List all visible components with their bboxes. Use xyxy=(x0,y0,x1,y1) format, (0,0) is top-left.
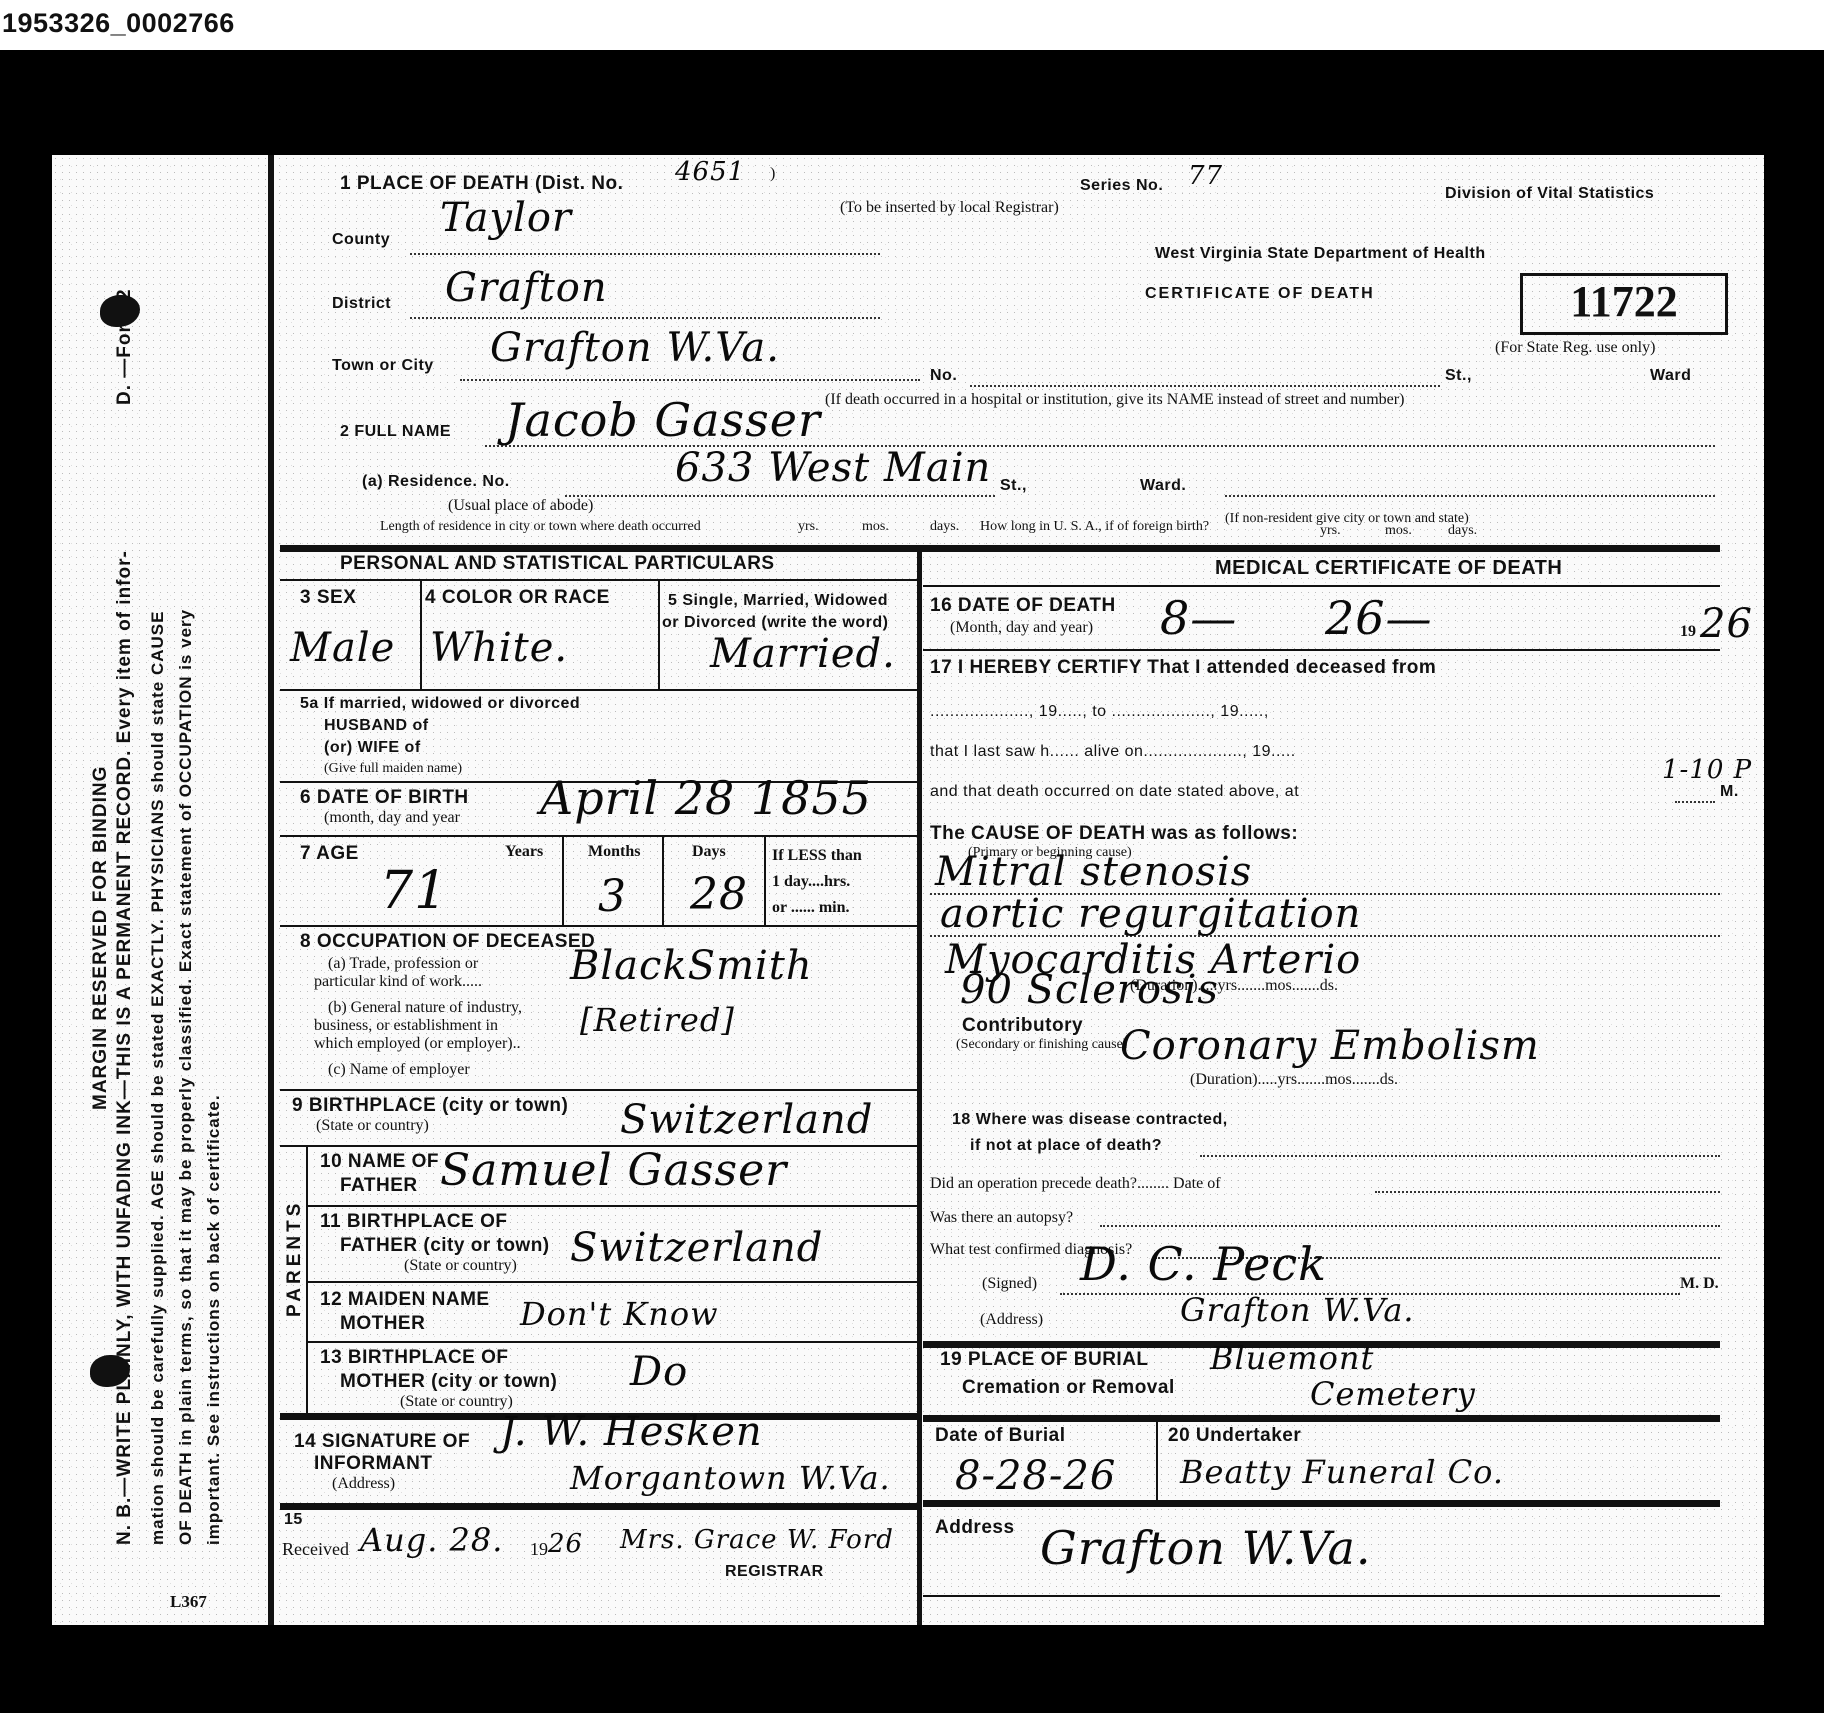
dob-value: April 28 1855 xyxy=(540,771,872,825)
sex-value: Male xyxy=(290,625,395,671)
father-name-value: Samuel Gasser xyxy=(440,1145,787,1196)
dod-label: 16 DATE OF DEATH xyxy=(930,595,1116,617)
informant-address-value: Morgantown W.Va. xyxy=(570,1459,891,1497)
cause-label: The CAUSE OF DEATH was as follows: xyxy=(930,823,1298,845)
usual-place-note: (Usual place of abode) xyxy=(448,497,593,515)
industry-value: [Retired] xyxy=(580,1001,735,1039)
department-title: West Virginia State Department of Health xyxy=(1155,245,1486,263)
cause-line-4: 90 Sclerosis xyxy=(960,967,1219,1013)
marital-label-1: 5 Single, Married, Widowed xyxy=(668,592,888,610)
sex-label: 3 SEX xyxy=(300,587,356,609)
personal-section-title: PERSONAL AND STATISTICAL PARTICULARS xyxy=(340,553,775,575)
spouse-label-1: 5a If married, widowed or divorced xyxy=(300,695,580,713)
registrar-label: REGISTRAR xyxy=(725,1563,824,1581)
less-than-2: 1 day....hrs. xyxy=(772,873,850,891)
margin-instruction-2: mation should be carefully supplied. AGE… xyxy=(148,611,168,1546)
certificate-number: 11722 xyxy=(1520,273,1728,335)
contributory-value: Coronary Embolism xyxy=(1120,1023,1540,1069)
county-value: Taylor xyxy=(440,195,572,241)
burial-place-line-2: Cemetery xyxy=(1310,1375,1476,1413)
informant-value: J. W. Hesken xyxy=(500,1409,763,1455)
dod-day-value: 26— xyxy=(1325,591,1433,645)
ward-label: Ward xyxy=(1650,367,1691,385)
physician-signature: D. C. Peck xyxy=(1080,1237,1327,1291)
dod-year-value: 26 xyxy=(1700,601,1753,647)
birthplace-label: 9 BIRTHPLACE (city or town) xyxy=(292,1095,568,1117)
district-label: District xyxy=(332,295,391,313)
contributory-label: Contributory xyxy=(962,1015,1083,1037)
mother-name-value: Don't Know xyxy=(520,1295,719,1333)
dob-sub-label: (month, day and year xyxy=(324,809,460,827)
hospital-note: (If death occurred in a hospital or inst… xyxy=(825,391,1404,409)
nonresident-note: (If non-resident give city or town and s… xyxy=(1225,511,1469,527)
marital-value: Married. xyxy=(710,631,896,677)
dod-month-value: 8— xyxy=(1160,591,1237,645)
death-time-value: 1-10 P xyxy=(1662,755,1752,785)
cause-line-1: Mitral stenosis xyxy=(935,849,1252,895)
marital-label-2: or Divorced (write the word) xyxy=(662,614,888,632)
street-no-label: No. xyxy=(930,367,957,385)
race-label: 4 COLOR OR RACE xyxy=(425,587,610,609)
burial-place-line-1: Bluemont xyxy=(1210,1339,1374,1377)
street-label: St., xyxy=(1445,367,1472,385)
certificate-title: CERTIFICATE OF DEATH xyxy=(1145,285,1375,303)
registrar-signature: Mrs. Grace W. Ford xyxy=(620,1525,894,1555)
occupation-value: BlackSmith xyxy=(570,943,813,989)
full-name-value: Jacob Gasser xyxy=(505,393,821,447)
occupation-label: 8 OCCUPATION OF DECEASED xyxy=(300,931,595,953)
margin-instruction-4: important. See instructions on back of c… xyxy=(204,1094,224,1545)
undertaker-value: Beatty Funeral Co. xyxy=(1180,1453,1504,1491)
town-value: Grafton W.Va. xyxy=(490,325,780,371)
race-value: White. xyxy=(430,625,568,671)
age-years-value: 71 xyxy=(380,861,448,921)
age-days-value: 28 xyxy=(690,869,748,920)
undertaker-address-value: Grafton W.Va. xyxy=(1040,1521,1372,1575)
residence-ward-label: Ward. xyxy=(1140,477,1186,495)
less-than-1: If LESS than xyxy=(772,847,862,865)
parents-label: PARENTS xyxy=(284,1200,306,1317)
months-label: Months xyxy=(588,843,640,861)
local-registrar-note: (To be inserted by local Registrar) xyxy=(840,199,1059,217)
spouse-label-3: (or) WIFE of xyxy=(324,739,421,757)
physician-address: Grafton W.Va. xyxy=(1180,1291,1415,1329)
spouse-label-2: HUSBAND of xyxy=(324,717,429,735)
residence-value: 633 West Main xyxy=(675,445,991,491)
district-number: 4651 xyxy=(675,157,745,187)
medical-section-title: MEDICAL CERTIFICATE OF DEATH xyxy=(1215,557,1562,580)
certify-statement: 17 I HEREBY CERTIFY That I attended dece… xyxy=(930,657,1436,679)
death-certificate: MARGIN RESERVED FOR BINDING N. B.—WRITE … xyxy=(52,155,1764,1625)
series-number: 77 xyxy=(1188,161,1223,191)
received-date-value: Aug. 28. xyxy=(360,1521,503,1559)
less-than-3: or ...... min. xyxy=(772,899,849,917)
how-long-usa-label: How long in U. S. A., if of foreign birt… xyxy=(980,519,1209,535)
margin-instruction-1: N. B.—WRITE PLAINLY, WITH UNFADING INK—T… xyxy=(114,550,136,1545)
days-label: Days xyxy=(692,843,726,861)
cause-line-2: aortic regurgitation xyxy=(940,891,1361,937)
residence-street-label: St., xyxy=(1000,477,1027,495)
received-year-value: 26 xyxy=(548,1529,583,1559)
father-birthplace-value: Switzerland xyxy=(570,1225,823,1271)
margin-reserved-text: MARGIN RESERVED FOR BINDING xyxy=(90,766,112,1110)
dob-label: 6 DATE OF BIRTH xyxy=(300,787,469,809)
town-label: Town or City xyxy=(332,357,434,375)
age-months-value: 3 xyxy=(598,871,627,922)
margin-instruction-3: OF DEATH in plain terms, so that it may … xyxy=(176,609,196,1545)
years-label: Years xyxy=(505,843,543,861)
full-name-label: 2 FULL NAME xyxy=(340,423,451,441)
length-residence-label: Length of residence in city or town wher… xyxy=(380,519,701,535)
county-label: County xyxy=(332,231,390,249)
birthplace-value: Switzerland xyxy=(620,1097,873,1143)
binding-margin: MARGIN RESERVED FOR BINDING N. B.—WRITE … xyxy=(52,155,274,1625)
burial-date-value: 8-28-26 xyxy=(955,1453,1116,1499)
age-label: 7 AGE xyxy=(300,843,359,865)
place-of-death-label: 1 PLACE OF DEATH (Dist. No. xyxy=(340,173,623,195)
residence-label: (a) Residence. No. xyxy=(362,473,510,491)
received-label: Received xyxy=(282,1539,349,1560)
mother-birthplace-value: Do xyxy=(630,1349,688,1395)
division-title: Division of Vital Statistics xyxy=(1445,185,1654,203)
series-label: Series No. xyxy=(1080,177,1163,195)
document-id: 1953326_0002766 xyxy=(2,8,235,39)
spouse-label-4: (Give full maiden name) xyxy=(324,761,462,777)
district-value: Grafton xyxy=(445,265,608,311)
state-reg-note: (For State Reg. use only) xyxy=(1495,339,1655,357)
form-code: L367 xyxy=(170,1592,207,1612)
certificate-body: 1 PLACE OF DEATH (Dist. No. 4651 ) (To b… xyxy=(280,155,1764,1625)
